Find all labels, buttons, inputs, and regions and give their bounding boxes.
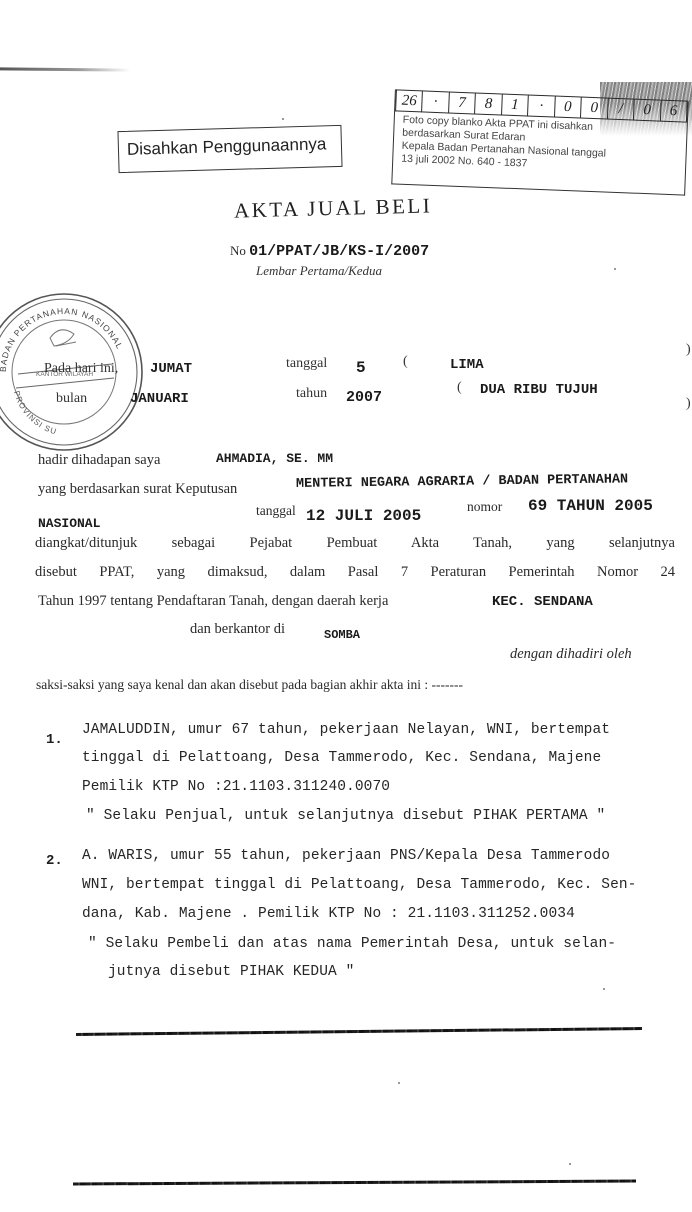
reg-cell: ·: [527, 95, 554, 118]
decree-authority: MENTERI NEGARA AGRARIA / BADAN PERTANAHA…: [296, 472, 628, 492]
registration-stamp: 26 · 7 8 1 · 0 0 / 0 6 Foto copy blanko …: [391, 89, 688, 195]
reg-cell: ·: [422, 90, 449, 113]
date-words-close: ): [686, 342, 691, 358]
reg-cell: 0: [554, 96, 581, 119]
scan-speck: [603, 988, 605, 990]
reg-cell: 8: [474, 92, 501, 115]
date-words-open: (: [403, 354, 408, 370]
deed-number-prefix: No: [230, 243, 246, 258]
year-words: DUA RIBU TUJUH: [480, 382, 598, 398]
document-title: AKTA JUAL BELI: [234, 193, 433, 223]
witness-line-2: saksi-saksi yang saya kenal dan akan dis…: [36, 677, 463, 693]
scan-smudge: [0, 67, 130, 71]
reg-cell: 1: [501, 93, 528, 116]
party-role: " Selaku Penjual, untuk selanjutnya dise…: [86, 808, 605, 824]
month-value: JANUARI: [130, 391, 189, 407]
deed-number: No 01/PPAT/JB/KS-I/2007: [230, 243, 429, 260]
year-label: tahun: [296, 386, 327, 402]
office-value: SOMBA: [324, 628, 360, 642]
decree-authority-cont: NASIONAL: [38, 516, 100, 531]
party-number: 1.: [46, 732, 63, 748]
month-label: bulan: [56, 391, 87, 407]
ppat-name: AHMADIA, SE. MM: [216, 451, 333, 466]
party-role: jutnya disebut PIHAK KEDUA ": [108, 964, 354, 980]
date-value: 5: [356, 359, 366, 377]
day-value: JUMAT: [150, 361, 192, 377]
deed-number-value: 01/PPAT/JB/KS-I/2007: [249, 243, 429, 260]
decree-date-label: tanggal: [256, 503, 296, 519]
party-line: A. WARIS, umur 55 tahun, pekerjaan PNS/K…: [82, 848, 610, 864]
year-value: 2007: [346, 389, 382, 406]
reg-cell: 0: [633, 99, 660, 122]
year-words-close: ): [686, 396, 691, 412]
decree-label: yang berdasarkan surat Keputusan: [38, 481, 237, 498]
divider-line: [73, 1180, 636, 1186]
registration-note: Foto copy blanko Akta PPAT ini disahkan …: [401, 114, 607, 174]
appointment-line-3: Tahun 1997 tentang Pendaftaran Tanah, de…: [38, 593, 388, 610]
decree-no-label: nomor: [467, 499, 502, 515]
divider-line: [76, 1027, 642, 1036]
day-label: Pada hari ini,: [44, 361, 118, 377]
reg-cell: 6: [659, 100, 687, 123]
sheet-label: Lembar Pertama/Kedua: [256, 263, 382, 279]
approval-stamp: Disahkan Penggunaannya: [117, 125, 342, 173]
year-words-open: (: [457, 380, 462, 396]
office-label: dan berkantor di: [190, 621, 285, 638]
reg-cell: /: [607, 98, 634, 121]
scan-speck: [614, 268, 616, 270]
witness-line-1: dengan dihadiri oleh: [510, 646, 632, 663]
party-role: " Selaku Pembeli dan atas nama Pemerinta…: [88, 936, 616, 952]
date-label: tanggal: [286, 356, 327, 372]
date-words: LIMA: [450, 357, 484, 373]
party-line: dana, Kab. Majene . Pemilik KTP No : 21.…: [82, 906, 575, 922]
party-line: JAMALUDDIN, umur 67 tahun, pekerjaan Nel…: [82, 722, 610, 738]
decree-date: 12 JULI 2005: [306, 507, 421, 525]
party-line: Pemilik KTP No :21.1103.311240.0070: [82, 779, 390, 795]
scan-speck: [569, 1163, 571, 1165]
approval-stamp-label: Disahkan Penggunaannya: [127, 134, 327, 160]
reg-cell: 0: [580, 97, 607, 120]
party-line: WNI, bertempat tinggal di Pelattoang, De…: [82, 877, 637, 893]
work-area: KEC. SENDANA: [492, 594, 593, 610]
reg-cell: 26: [395, 89, 422, 112]
party-number: 2.: [46, 853, 63, 869]
appointment-line-2: disebut PPAT, yang dimaksud, dalam Pasal…: [35, 564, 675, 581]
before-label: hadir dihadapan saya: [38, 452, 160, 469]
party-line: tinggal di Pelattoang, Desa Tammerodo, K…: [82, 750, 601, 766]
reg-cell: 7: [448, 91, 475, 114]
appointment-line-1: diangkat/ditunjuk sebagai Pejabat Pembua…: [35, 535, 675, 552]
scan-speck: [398, 1082, 400, 1084]
decree-no: 69 TAHUN 2005: [528, 497, 653, 515]
scan-speck: [282, 118, 284, 120]
